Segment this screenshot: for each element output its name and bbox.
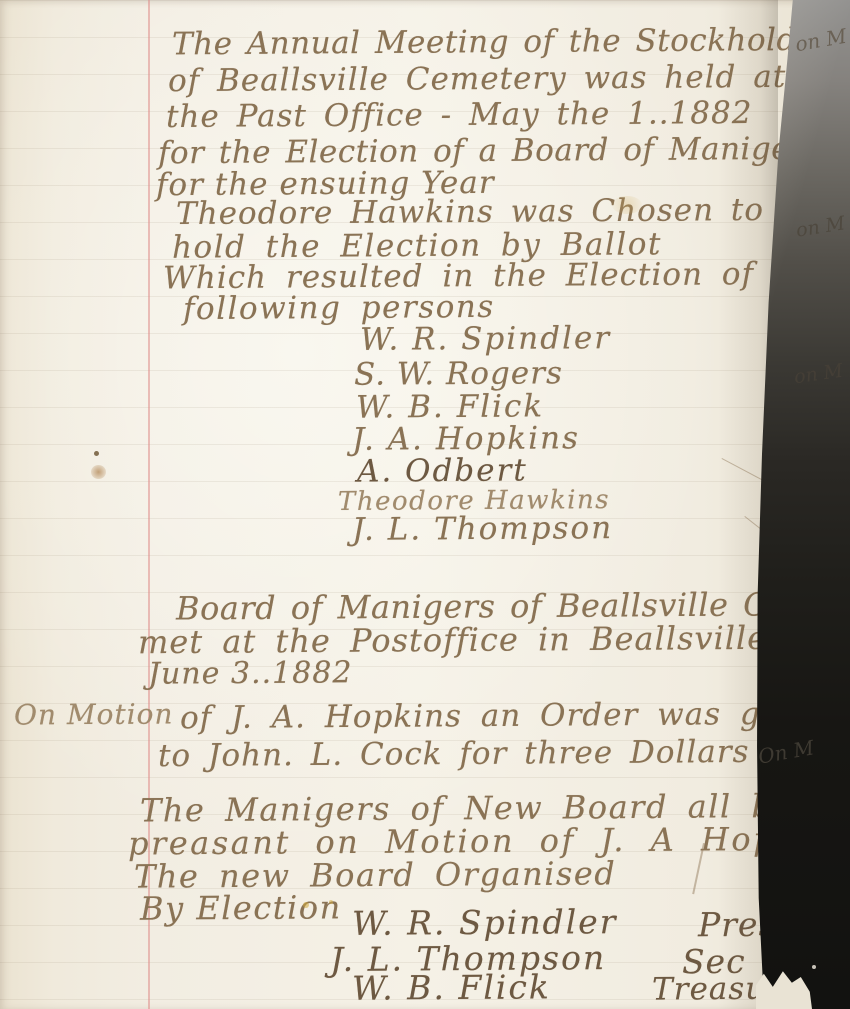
date-line: June 3..1882	[148, 658, 353, 689]
officer-name: W. R. Spindler	[352, 905, 618, 940]
officer-name: W. B. Flick	[352, 970, 551, 1004]
elected-name: S. W. Rogers	[354, 358, 563, 390]
minutes-line: following persons	[183, 292, 495, 325]
foxing-spot	[94, 451, 99, 456]
minutes-line: the Past Office - May the 1..1882	[166, 98, 753, 133]
stain	[612, 196, 642, 214]
minutes-line: of Beallsville Cemetery was held at	[168, 62, 786, 97]
minutes-line: met at the Postoffice in Beallsville	[138, 622, 767, 658]
scanned-minutes-page: The Annual Meeting of the Stockholders o…	[0, 0, 850, 1009]
elected-name: A. Odbert	[357, 455, 528, 487]
foxing-spot	[91, 465, 106, 479]
stain	[303, 902, 309, 908]
elected-name: W. R. Spindler	[360, 323, 611, 356]
elected-name: J. A. Hopkins	[352, 423, 580, 456]
paper-speck	[812, 965, 816, 969]
stain	[329, 900, 333, 904]
minutes-line: The new Board Organised	[134, 857, 616, 892]
minutes-line: By Election	[140, 891, 342, 924]
minutes-line: to John. L. Cock for three Dollars	[158, 737, 750, 772]
margin-note: On Motion	[14, 700, 174, 729]
minutes-line: Theodore Hawkins was Chosen to	[176, 195, 764, 230]
minutes-line: of J. A. Hopkins an Order was give	[180, 699, 810, 734]
elected-name: W. B. Flick	[356, 391, 544, 423]
elected-name: J. L. Thompson	[352, 513, 613, 546]
